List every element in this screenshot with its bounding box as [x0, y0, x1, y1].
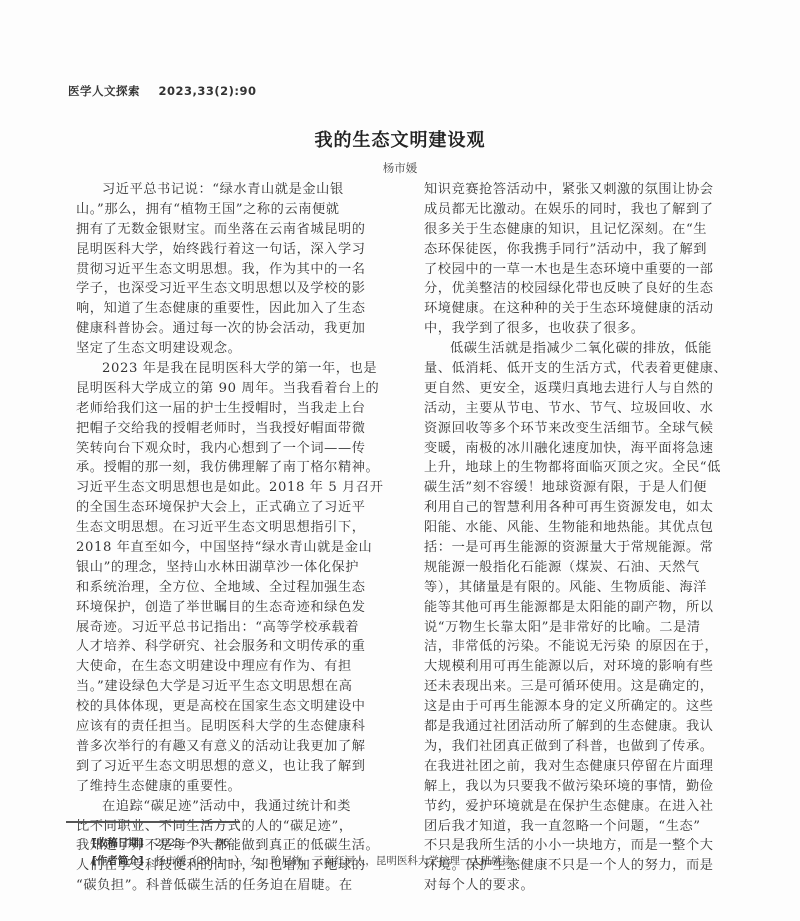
text-line: 当。”建设绿色大学是习近平生态文明思想在高	[76, 677, 402, 697]
text-line: 还未表现出来。三是可循环使用。这是确定的，	[424, 677, 750, 697]
text-line: 2023 年是我在昆明医科大学的第一年，也是	[76, 359, 402, 379]
journal-page: 医学人文探索 2023,33(2):90 我的生态文明建设观 杨市媛 习近平总书…	[0, 0, 800, 921]
text-line: 习近平总书记说：“绿水青山就是金山银	[76, 180, 402, 200]
text-line: 更自然、更安全，返璞归真地去进行人与自然的	[424, 379, 750, 399]
received-date-label: [收稿日期]	[92, 837, 144, 849]
text-line: 的全国生态环境保护大会上，正式确立了习近平	[76, 498, 402, 518]
text-line: 响，知道了生态健康的重要性，因此加入了生态	[76, 299, 402, 319]
text-line: 低碳生活就是指减少二氧化碳的排放，低能	[424, 339, 750, 359]
footnote-divider	[66, 821, 240, 823]
text-line: 了校园中的一草一木也是生态环境中重要的一部	[424, 260, 750, 280]
text-line: 规能源一般指化石能源（煤炭、石油、天然气	[424, 558, 750, 578]
text-line: 对每个人的要求。	[424, 876, 750, 896]
running-head: 医学人文探索 2023,33(2):90	[68, 83, 257, 99]
text-line: 碳生活”刻不容缓！地球资源有限，于是人们便	[424, 478, 750, 498]
text-line: 阳能、水能、风能、生物能和地热能。其优点包	[424, 518, 750, 538]
author-bio-label: [作者简介]	[92, 855, 144, 867]
text-line: 承。授帽的那一刻，我仿佛理解了南丁格尔精神。	[76, 458, 402, 478]
text-line: 学子，也深受习近平生态文明思想以及学校的影	[76, 279, 402, 299]
article-author: 杨市媛	[0, 160, 800, 176]
text-line: 态环保徒医，你我携手同行”活动中，我了解到	[424, 240, 750, 260]
text-line: 知识竞赛抢答活动中，紧张又刺激的氛围让协会	[424, 180, 750, 200]
author-bio-value: 杨市媛（2001－），女，哈尼族，云南红河人，昆明医科大学护理一大班就读。	[155, 855, 523, 867]
footnotes: [收稿日期] 2023－03－06 [作者简介] 杨市媛（2001－），女，哈尼…	[92, 834, 523, 870]
text-line: 节约，爱护环境就是在保护生态健康。在进入社	[424, 797, 750, 817]
text-line: 都是我通过社团活动所了解到的生态健康。我认	[424, 717, 750, 737]
text-line: 为，我们社团真正做到了科普，也做到了传承。	[424, 737, 750, 757]
text-line: 山。”那么，拥有“植物王国”之称的云南便就	[76, 200, 402, 220]
text-line: 习近平生态文明思想也是如此。2018 年 5 月召开	[76, 478, 402, 498]
text-line: 拥有了无数金银财宝。而坐落在云南省城昆明的	[76, 220, 402, 240]
text-line: 利用自己的智慧利用各种可再生资源发电，如太	[424, 498, 750, 518]
article-title: 我的生态文明建设观	[0, 126, 800, 152]
received-date-note: [收稿日期] 2023－03－06	[92, 834, 523, 852]
text-line: 洁，非常低的污染。不能说无污染 的原因在于，	[424, 637, 750, 657]
text-line: 活动，主要从节电、节水、节气、垃圾回收、水	[424, 399, 750, 419]
text-line: 银山”的理念，坚持山水林田湖草沙一体化保护	[76, 558, 402, 578]
text-line: 贯彻习近平生态文明思想。我，作为其中的一名	[76, 260, 402, 280]
text-line: 应该有的责任担当。昆明医科大学的生态健康科	[76, 717, 402, 737]
text-line: 中，我学到了很多，也收获了很多。	[424, 319, 750, 339]
text-line: 老师给我们这一届的护士生授帽时，当我走上台	[76, 399, 402, 419]
text-line: 校的具体体现，更是高校在国家生态文明建设中	[76, 697, 402, 717]
text-line: 能等其他可再生能源都是太阳能的副产物，所以	[424, 598, 750, 618]
body-column-right: 知识竞赛抢答活动中，紧张又刺激的氛围让协会成员都无比激动。在娱乐的同时，我也了解…	[424, 180, 750, 896]
body-column-left: 习近平总书记说：“绿水青山就是金山银山。”那么，拥有“植物王国”之称的云南便就拥…	[76, 180, 402, 896]
journal-name: 医学人文探索	[68, 84, 140, 98]
text-line: 坚定了生态文明建设观念。	[76, 339, 402, 359]
text-line: 了维持生态健康的重要性。	[76, 777, 402, 797]
journal-citation: 2023,33(2):90	[159, 84, 257, 98]
text-line: 在追踪“碳足迹”活动中，我通过统计和类	[76, 797, 402, 817]
text-line: 上升，地球上的生物都将面临灭顶之灾。全民“低	[424, 458, 750, 478]
text-line: “碳负担”。科普低碳生活的任务迫在眉睫。在	[76, 876, 402, 896]
text-line: 和系统治理，全方位、全地域、全过程加强生态	[76, 578, 402, 598]
text-line: 很多关于生态健康的知识，且记忆深刻。在“生	[424, 220, 750, 240]
text-line: 2018 年直至如今，中国坚持“绿水青山就是金山	[76, 538, 402, 558]
text-line: 展奇迹。习近平总书记指出：“高等学校承载着	[76, 618, 402, 638]
text-line: 这是由于可再生能源本身的定义所确定的。这些	[424, 697, 750, 717]
text-line: 成员都无比激动。在娱乐的同时，我也了解到了	[424, 200, 750, 220]
text-line: 到了习近平生态文明思想的意义，也让我了解到	[76, 757, 402, 777]
text-line: 生态文明思想。在习近平生态文明思想指引下，	[76, 518, 402, 538]
author-bio-note: [作者简介] 杨市媛（2001－），女，哈尼族，云南红河人，昆明医科大学护理一大…	[92, 852, 523, 870]
text-line: 昆明医科大学成立的第 90 周年。当我看着台上的	[76, 379, 402, 399]
text-line: 分，优美整洁的校园绿化带也反映了良好的生态	[424, 279, 750, 299]
text-line: 量、低消耗、低开支的生活方式，代表着更健康、	[424, 359, 750, 379]
text-line: 普多次举行的有趣又有意义的活动让我更加了解	[76, 737, 402, 757]
text-line: 大使命，在生态文明建设中理应有作为、有担	[76, 657, 402, 677]
received-date-value: 2023－03－06	[155, 837, 229, 849]
text-line: 昆明医科大学，始终践行着这一句话，深入学习	[76, 240, 402, 260]
text-line: 笑转向台下观众时，我内心想到了一个词——传	[76, 439, 402, 459]
text-line: 环境保护，创造了举世瞩目的生态奇迹和绿色发	[76, 598, 402, 618]
text-line: 变暖，南极的冰川融化速度加快，海平面将急速	[424, 439, 750, 459]
text-line: 解上，我以为只要我不做污染环境的事情，勤俭	[424, 777, 750, 797]
text-line: 在我进社团之前，我对生态健康只停留在片面理	[424, 757, 750, 777]
text-line: 人才培养、科学研究、社会服务和文明传承的重	[76, 637, 402, 657]
text-line: 资源回收等多个环节来改变生活细节。全球气候	[424, 419, 750, 439]
text-line: 说“万物生长靠太阳”是非常好的比喻。二是清	[424, 618, 750, 638]
text-line: 环境健康。在这种种的关于生态环境健康的活动	[424, 299, 750, 319]
text-line: 大规模利用可再生能源以后，对环境的影响有些	[424, 657, 750, 677]
text-line: 等），其储量是有限的。风能、生物质能、海洋	[424, 578, 750, 598]
text-line: 括：一是可再生能源的资源量大于常规能源。常	[424, 538, 750, 558]
text-line: 把帽子交给我的授帽老师时，当我授好帽面带微	[76, 419, 402, 439]
text-line: 健康科普协会。通过每一次的协会活动，我更加	[76, 319, 402, 339]
